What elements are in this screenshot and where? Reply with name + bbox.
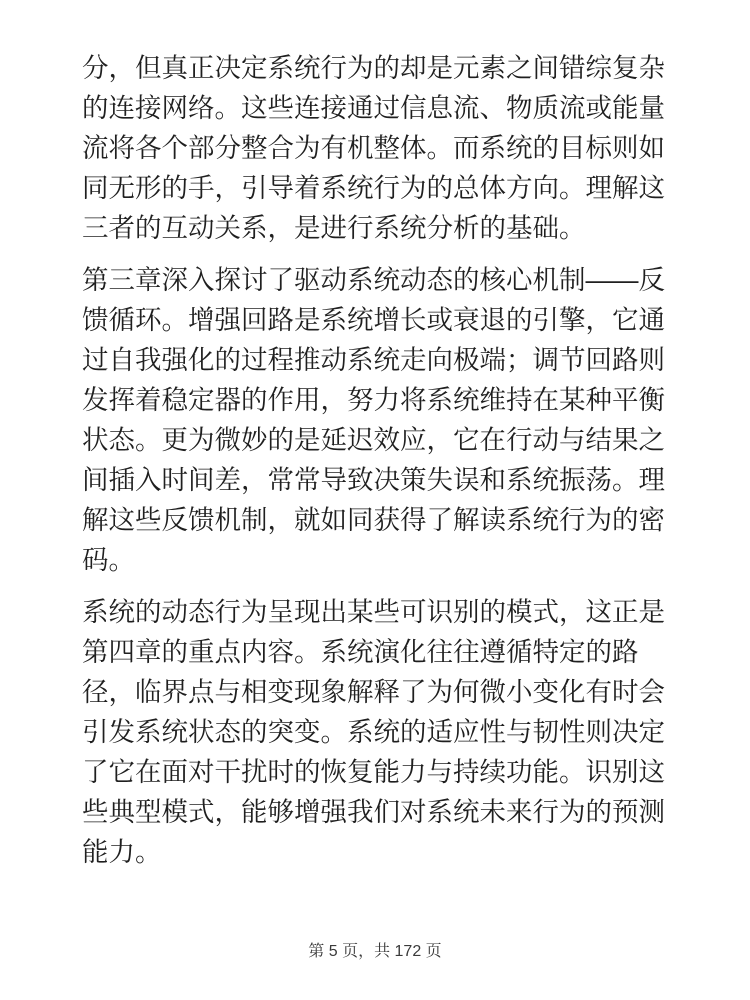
paragraph: 系统的动态行为呈现出某些可识别的模式，这正是第四章的重点内容。系统演化往往遵循特… (82, 592, 672, 872)
paragraph: 分，但真正决定系统行为的却是元素之间错综复杂的连接网络。这些连接通过信息流、物质… (82, 48, 672, 248)
document-page: 分，但真正决定系统行为的却是元素之间错综复杂的连接网络。这些连接通过信息流、物质… (0, 0, 750, 1000)
paragraph: 第三章深入探讨了驱动系统动态的核心机制——反馈循环。增强回路是系统增长或衰退的引… (82, 260, 672, 580)
page-indicator: 第 5 页，共 172 页 (0, 940, 750, 964)
page-content: 分，但真正决定系统行为的却是元素之间错综复杂的连接网络。这些连接通过信息流、物质… (82, 48, 672, 884)
